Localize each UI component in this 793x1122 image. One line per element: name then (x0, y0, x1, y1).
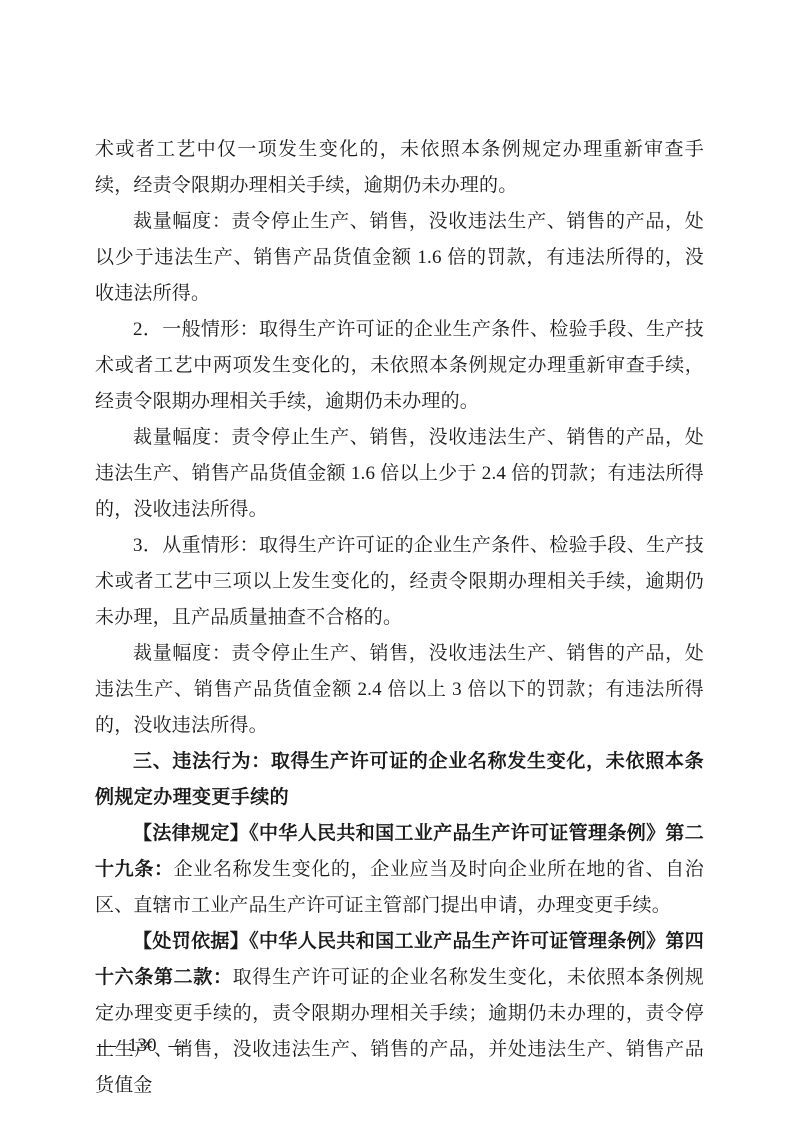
paragraph: 【处罚依据】《中华人民共和国工业产品生产许可证管理条例》第四十六条第二款：取得生… (95, 924, 704, 1104)
text-run: 企业名称发生变化的，企业应当及时向企业所在地的省、自治区、直辖市工业产品生产许可… (95, 859, 704, 916)
paragraph: 裁量幅度：责令停止生产、销售，没收违法生产、销售的产品，处以少于违法生产、销售产… (95, 204, 704, 312)
paragraph: 2．一般情形：取得生产许可证的企业生产条件、检验手段、生产技术或者工艺中两项发生… (95, 312, 704, 420)
paragraph: 术或者工艺中仅一项发生变化的，未依照本条例规定办理重新审查手续，经责令限期办理相… (95, 132, 704, 204)
paragraph: 3．从重情形：取得生产许可证的企业生产条件、检验手段、生产技术或者工艺中三项以上… (95, 528, 704, 636)
section-heading: 三、违法行为：取得生产许可证的企业名称发生变化，未依照本条例规定办理变更手续的 (95, 744, 704, 816)
document-page: 术或者工艺中仅一项发生变化的，未依照本条例规定办理重新审查手续，经责令限期办理相… (0, 0, 793, 1122)
document-body: 术或者工艺中仅一项发生变化的，未依照本条例规定办理重新审查手续，经责令限期办理相… (95, 132, 704, 1104)
text-run: 裁量幅度：责令停止生产、销售，没收违法生产、销售的产品，处违法生产、销售产品货值… (95, 643, 704, 736)
footer-dash-right: — (169, 1033, 188, 1059)
text-run: 术或者工艺中仅一项发生变化的，未依照本条例规定办理重新审查手续，经责令限期办理相… (95, 139, 704, 196)
page-footer: — 130 — (97, 1033, 188, 1059)
paragraph: 裁量幅度：责令停止生产、销售，没收违法生产、销售的产品，处违法生产、销售产品货值… (95, 636, 704, 744)
bold-text-run: 三、违法行为：取得生产许可证的企业名称发生变化，未依照本条例规定办理变更手续的 (95, 751, 704, 808)
paragraph: 【法律规定】《中华人民共和国工业产品生产许可证管理条例》第二十九条：企业名称发生… (95, 816, 704, 924)
text-run: 裁量幅度：责令停止生产、销售，没收违法生产、销售的产品，处违法生产、销售产品货值… (95, 427, 704, 520)
page-number: 130 (128, 1033, 157, 1059)
footer-dash-left: — (97, 1033, 116, 1059)
paragraph: 裁量幅度：责令停止生产、销售，没收违法生产、销售的产品，处违法生产、销售产品货值… (95, 420, 704, 528)
text-run: 2．一般情形：取得生产许可证的企业生产条件、检验手段、生产技术或者工艺中两项发生… (95, 319, 704, 412)
text-run: 裁量幅度：责令停止生产、销售，没收违法生产、销售的产品，处以少于违法生产、销售产… (95, 211, 704, 304)
text-run: 3．从重情形：取得生产许可证的企业生产条件、检验手段、生产技术或者工艺中三项以上… (95, 535, 704, 628)
